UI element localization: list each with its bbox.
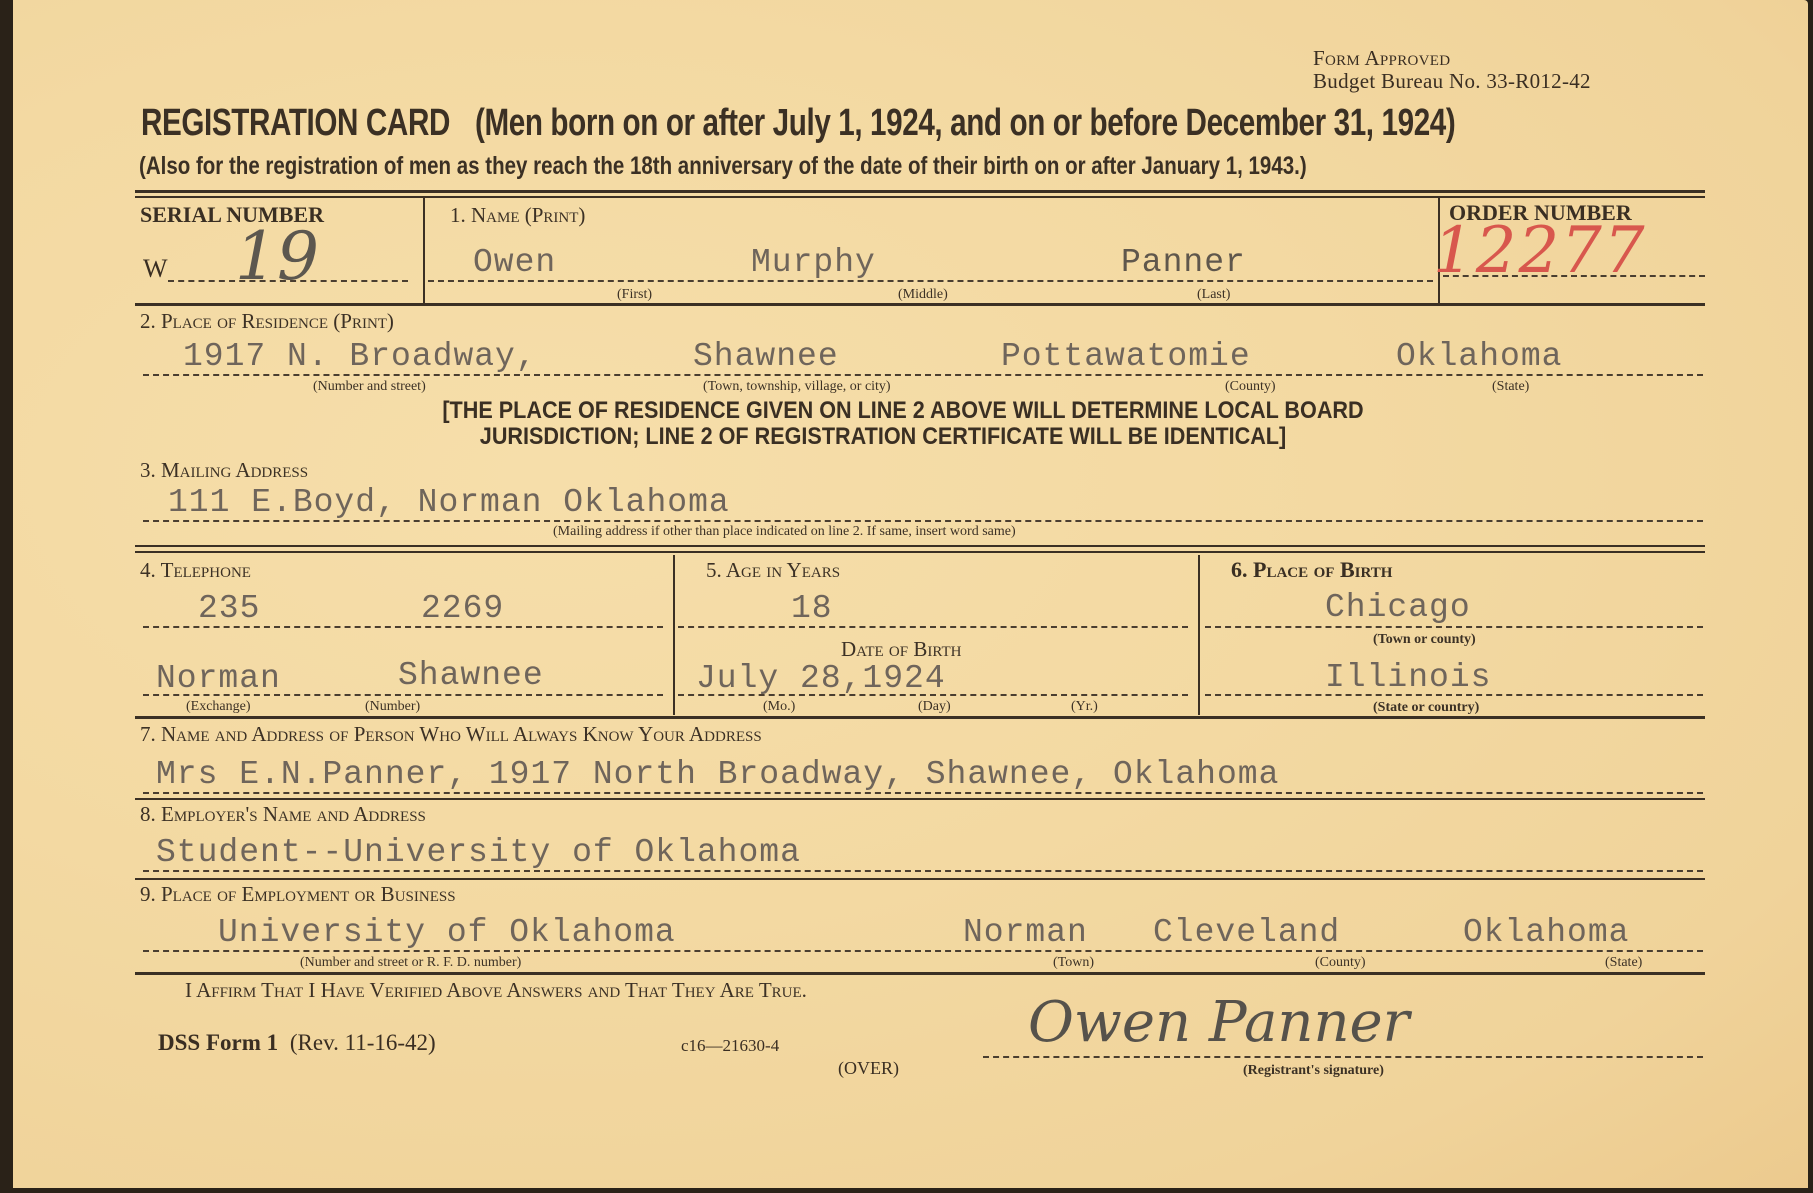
mailing-address-field[interactable]: 111 E.Boyd, Norman Oklahoma (168, 484, 730, 521)
month-caption: (Mo.) (763, 699, 795, 715)
divider (135, 303, 1705, 306)
first-name-field[interactable]: Owen (473, 244, 556, 281)
budget-bureau-number: Budget Bureau No. 33-R012-42 (1313, 70, 1591, 92)
middle-caption: (Middle) (898, 287, 948, 303)
year-caption: (Yr.) (1071, 699, 1098, 715)
divider (135, 972, 1705, 975)
telephone-exchange-field[interactable]: Norman (156, 660, 281, 697)
registrant-signature[interactable]: Owen Panner (1028, 990, 1409, 1055)
signature-line (983, 1056, 1703, 1058)
signature-caption: (Registrant's signature) (1243, 1063, 1384, 1079)
county-caption: (County) (1225, 379, 1276, 395)
divider (135, 545, 1705, 547)
last-name-field[interactable]: Panner (1121, 244, 1246, 281)
telephone-exchange-code-field[interactable]: 235 (198, 590, 260, 627)
residence-state-field[interactable]: Oklahoma (1396, 338, 1562, 375)
residence-label: 2. Place of Residence (Print) (140, 309, 394, 334)
date-of-birth-field[interactable]: July 28,1924 (696, 660, 946, 697)
divider (135, 196, 1705, 198)
card-title: REGISTRATION CARD (Men born on or after … (141, 102, 1455, 145)
order-number-value[interactable]: 12277 (1433, 214, 1647, 288)
contact-person-label: 7. Name and Address of Person Who Will A… (140, 722, 762, 747)
employment-town-caption: (Town) (1053, 955, 1094, 971)
residence-county-field[interactable]: Pottawatomie (1001, 338, 1251, 375)
state-caption: (State) (1492, 379, 1529, 395)
age-field[interactable]: 18 (791, 590, 833, 627)
form-revision: (Rev. 11-16-42) (290, 1030, 436, 1055)
last-caption: (Last) (1197, 287, 1230, 303)
divider (135, 878, 1705, 880)
birthplace-state-caption: (State or country) (1373, 700, 1479, 716)
serial-number-value[interactable]: 19 (235, 218, 319, 295)
employment-place-label: 9. Place of Employment or Business (140, 882, 456, 907)
employment-street-field[interactable]: University of Oklahoma (218, 914, 676, 951)
divider (135, 798, 1705, 800)
telephone-number-code-field[interactable]: 2269 (421, 590, 504, 627)
place-of-birth-label: 6. Place of Birth (1231, 557, 1392, 583)
serial-prefix: W (143, 254, 168, 284)
employment-county-field[interactable]: Cleveland (1153, 914, 1340, 951)
day-caption: (Day) (918, 699, 951, 715)
divider (135, 551, 1705, 553)
middle-name-field[interactable]: Murphy (751, 244, 876, 281)
affirmation-statement: I Affirm That I Have Verified Above Answ… (185, 978, 807, 1003)
card-title-main: REGISTRATION CARD (141, 102, 450, 144)
mailing-caption: (Mailing address if other than place ind… (553, 524, 1016, 540)
divider (135, 190, 1705, 193)
birthplace-town-caption: (Town or county) (1373, 632, 1476, 648)
employment-town-field[interactable]: Norman (963, 914, 1088, 951)
jurisdiction-notice-line2: JURISDICTION; LINE 2 OF REGISTRATION CER… (253, 424, 1513, 450)
first-caption: (First) (617, 287, 652, 303)
employer-label: 8. Employer's Name and Address (140, 802, 426, 827)
name-line (428, 280, 1433, 282)
mailing-address-label: 3. Mailing Address (140, 458, 308, 483)
card-subtitle: (Also for the registration of men as the… (139, 152, 1307, 181)
birthplace-line-1 (1205, 626, 1703, 628)
card-title-qualifier: (Men born on or after July 1, 1924, and … (475, 102, 1455, 144)
jurisdiction-notice-line1: [THE PLACE OF RESIDENCE GIVEN ON LINE 2 … (273, 398, 1533, 424)
employment-street-caption: (Number and street or R. F. D. number) (300, 955, 521, 971)
residence-town-field[interactable]: Shawnee (693, 338, 839, 375)
telephone-label: 4. Telephone (140, 558, 251, 583)
form-id-name: DSS Form 1 (158, 1030, 278, 1055)
over-indicator: (OVER) (838, 1058, 899, 1079)
birthplace-town-field[interactable]: Chicago (1325, 589, 1471, 626)
name-label-text: 1. Name (Print) (450, 203, 585, 227)
age-line (678, 626, 1188, 628)
number-caption: (Number) (365, 699, 420, 715)
employment-county-caption: (County) (1315, 955, 1366, 971)
telephone-number-field[interactable]: Shawnee (398, 657, 544, 694)
employer-field[interactable]: Student--University of Oklahoma (156, 834, 801, 871)
town-caption: (Town, township, village, or city) (703, 379, 891, 395)
employment-state-field[interactable]: Oklahoma (1463, 914, 1629, 951)
registration-card: Form Approved Budget Bureau No. 33-R012-… (13, 0, 1808, 1188)
exchange-caption: (Exchange) (186, 699, 251, 715)
residence-street-field[interactable]: 1917 N. Broadway, (183, 338, 537, 375)
print-code: c16—21630-4 (681, 1036, 779, 1056)
form-approved-label: Form Approved (1313, 47, 1450, 69)
divider (673, 555, 675, 715)
divider (135, 716, 1705, 719)
employment-state-caption: (State) (1605, 955, 1642, 971)
date-of-birth-label: Date of Birth (841, 637, 961, 662)
birthplace-state-field[interactable]: Illinois (1325, 659, 1491, 696)
age-label: 5. Age in Years (706, 558, 840, 583)
divider (1198, 555, 1200, 715)
divider (423, 198, 425, 303)
street-caption: (Number and street) (313, 379, 426, 395)
contact-person-field[interactable]: Mrs E.N.Panner, 1917 North Broadway, Sha… (156, 756, 1279, 793)
form-id: DSS Form 1 (Rev. 11-16-42) (158, 1030, 436, 1056)
name-label: 1. Name (Print) (450, 203, 585, 228)
